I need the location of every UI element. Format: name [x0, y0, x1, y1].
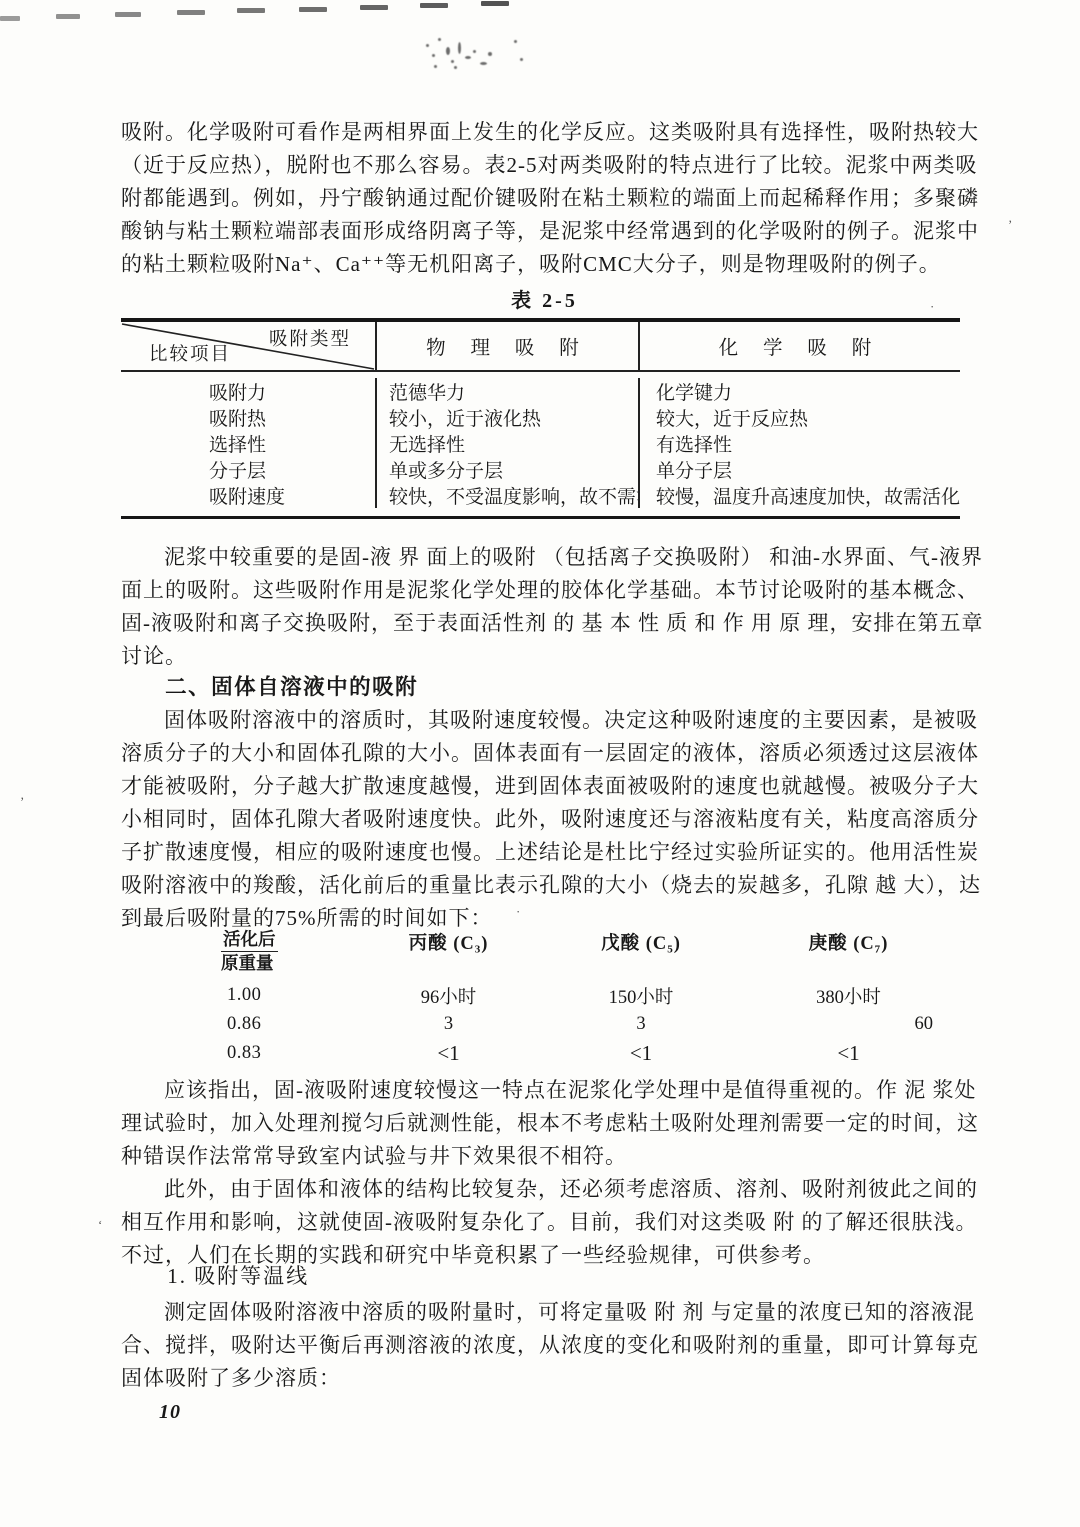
table-row: 选择性 无选择性 有选择性 — [121, 430, 960, 456]
text-line: 固-液吸附和离子交换吸附，至于表面活性剂 的 基 本 性 质 和 作 用 原 理… — [121, 607, 968, 640]
text-line: 才能被吸附，分子越大扩散速度越慢，进到固体表面被吸附的速度也就越慢。被吸分子大 — [121, 770, 968, 803]
scanned-book-page: ’ · ’ ‘ · 吸附。化学吸附可看作是两相界面上发生的化学反应。这类吸附具有… — [0, 0, 1080, 1527]
paragraph-5: 此外，由于固体和液体的结构比较复杂，还必须考虑溶质、溶剂、吸附剂彼此之间的 相互… — [121, 1173, 968, 1272]
text-line: 固体吸附了多少溶质： — [121, 1362, 968, 1395]
cell-chemical: 化学键力 — [638, 378, 960, 404]
time-value: 150小时 — [546, 983, 736, 1009]
text-line: 子扩散速度慢，相应的吸附速度也慢。上述结论是杜比宁经过实验所证实的。他用活性炭 — [121, 836, 968, 869]
text-line: 讨论。 — [121, 640, 968, 673]
paragraph-2: 泥浆中较重要的是固-液 界 面上的吸附 （包括离子交换吸附） 和油-水界面、气-… — [121, 541, 968, 673]
cell-chemical: 较大，近于反应热 — [638, 404, 960, 430]
adsorption-time-table: 活化后 原重量 丙酸 (C₃) 戊酸 (C₅) 庚酸 (C₇) 1.00 96小… — [221, 929, 961, 1068]
text-line: 相互作用和影响，这就使固-液吸附复杂化了。目前，我们对这类吸 附 的了解还很肤浅… — [121, 1206, 968, 1239]
text-line: 的粘土颗粒吸附Na⁺、Ca⁺⁺等无机阳离子，吸附CMC大分子，则是物理吸附的例子… — [121, 248, 968, 281]
time-value: 3 — [546, 1014, 736, 1035]
scan-dash — [0, 16, 20, 21]
column-header-physical: 物 理 吸 附 — [375, 322, 638, 370]
text-line: 测定固体吸附溶液中溶质的吸附量时，可将定量吸 附 剂 与定量的浓度已知的溶液混 — [121, 1296, 968, 1329]
table-header-row: 吸附类型 比较项目 物 理 吸 附 化 学 吸 附 — [121, 322, 960, 372]
time-value: <1 — [546, 1041, 736, 1066]
page-number: 10 — [121, 1401, 968, 1424]
acid-column-valeric: 戊酸 (C₅) — [546, 929, 736, 955]
paragraph-6: 测定固体吸附溶液中溶质的吸附量时，可将定量吸 附 剂 与定量的浓度已知的溶液混 … — [121, 1296, 968, 1395]
table-body: 吸附力 范德华力 化学键力 吸附热 较小，近于液化热 较大，近于反应热 选择性 … — [121, 372, 960, 516]
ratio-value: 0.86 — [221, 1014, 351, 1035]
table-row: 吸附速度 较快，不受温度影响，故不需活化能 较慢，温度升高速度加快，故需活化能 — [121, 482, 960, 508]
acid-column-propionic: 丙酸 (C₃) — [351, 929, 546, 955]
table-row: 分子层 单或多分子层 单分子层 — [121, 456, 960, 482]
adsorption-comparison-table: 吸附类型 比较项目 物 理 吸 附 化 学 吸 附 吸附力 范德华力 化学键力 … — [121, 318, 960, 519]
text-line: （近于反应热），脱附也不那么容易。表2-5对两类吸附的特点进行了比较。泥浆中两类… — [121, 149, 968, 182]
text-line: 面上的吸附。这些吸附作用是泥浆化学处理的胶体化学基础。本节讨论吸附的基本概念、 — [121, 574, 968, 607]
cell-chemical: 单分子层 — [638, 456, 960, 482]
acid-column-heptanoic: 庚酸 (C₇) — [736, 929, 961, 955]
text-line: 合、搅拌，吸附达平衡后再测溶液的浓度，从浓度的变化和吸附剂的重量，即可计算每克 — [121, 1329, 968, 1362]
table-row: 吸附力 范德华力 化学键力 — [121, 378, 960, 404]
text-line: 此外，由于固体和液体的结构比较复杂，还必须考虑溶质、溶剂、吸附剂彼此之间的 — [121, 1173, 968, 1206]
text-line: 应该指出，固-液吸附速度较慢这一特点在泥浆化学处理中是值得重视的。作 泥 浆处 — [121, 1074, 968, 1107]
cell-physical: 较小，近于液化热 — [375, 404, 638, 430]
corner-label-item: 比较项目 — [149, 340, 231, 366]
paragraph-1: 吸附。化学吸附可看作是两相界面上发生的化学反应。这类吸附具有选择性，吸附热较大 … — [121, 116, 968, 281]
fraction-numerator: 活化后 — [221, 929, 278, 952]
cell-physical: 无选择性 — [375, 430, 638, 456]
scan-speck: ‘ — [98, 1218, 102, 1231]
text-line: 泥浆中较重要的是固-液 界 面上的吸附 （包括离子交换吸附） 和油-水界面、气-… — [121, 541, 968, 574]
text-line: 附都能遇到。例如，丹宁酸钠通过配价键吸附在粘土颗粒的端面上而起稀释作用；多聚磷 — [121, 182, 968, 215]
text-line: 溶质分子的大小和固体孔隙的大小。固体表面有一层固定的液体，溶质必须透过这层液体 — [121, 737, 968, 770]
time-value: 96小时 — [351, 983, 546, 1009]
corner-label-type: 吸附类型 — [269, 325, 351, 351]
time-value: 60 — [736, 1014, 961, 1035]
row-item: 吸附速度 — [121, 482, 375, 508]
row-item: 吸附热 — [121, 404, 375, 430]
acid-table-row: 1.00 96小时 150小时 380小时 — [221, 981, 961, 1010]
cell-chemical: 有选择性 — [638, 430, 960, 456]
cell-physical: 范德华力 — [375, 378, 638, 404]
text-line: 小相同时，固体孔隙大者吸附速度快。此外，吸附速度还与溶液粘度有关，粘度高溶质分 — [121, 803, 968, 836]
time-value: 3 — [351, 1014, 546, 1035]
table-corner-cell: 吸附类型 比较项目 — [121, 322, 375, 370]
section-heading: 二、固体自溶液中的吸附 — [121, 671, 968, 704]
scan-speck: ’ — [1008, 218, 1012, 231]
ratio-value: 1.00 — [221, 985, 351, 1006]
text-line: 理试验时，加入处理剂搅匀后就测性能，根本不考虑粘土吸附处理剂需要一定的时间，这 — [121, 1107, 968, 1140]
row-item: 分子层 — [121, 456, 375, 482]
scan-speck: ’ — [20, 795, 24, 808]
paragraph-4: 应该指出，固-液吸附速度较慢这一特点在泥浆化学处理中是值得重视的。作 泥 浆处 … — [121, 1074, 968, 1173]
acid-table-row: 0.86 3 3 60 — [221, 1010, 961, 1039]
text-line: 吸附。化学吸附可看作是两相界面上发生的化学反应。这类吸附具有选择性，吸附热较大 — [121, 116, 968, 149]
ratio-fraction: 活化后 原重量 — [221, 929, 351, 975]
cell-chemical: 较慢，温度升高速度加快，故需活化能 — [638, 482, 960, 508]
column-header-chemical: 化 学 吸 附 — [638, 322, 960, 370]
fraction-denominator: 原重量 — [221, 952, 278, 974]
text-line: 吸附溶液中的羧酸，活化前后的重量比表示孔隙的大小（烧去的炭越多，孔隙 越 大），… — [121, 869, 968, 902]
text-line: 酸钠与粘土颗粒端部表面形成络阴离子等，是泥浆中经常遇到的化学吸附的例子。泥浆中 — [121, 215, 968, 248]
cell-physical: 单或多分子层 — [375, 456, 638, 482]
row-item: 选择性 — [121, 430, 375, 456]
acid-table-header: 活化后 原重量 丙酸 (C₃) 戊酸 (C₅) 庚酸 (C₇) — [221, 929, 961, 981]
scan-dash — [56, 14, 80, 19]
time-value: <1 — [351, 1041, 546, 1066]
text-line: 种错误作法常常导致室内试验与井下效果很不相符。 — [121, 1140, 968, 1173]
time-value: <1 — [736, 1041, 961, 1066]
paragraph-3: 固体吸附溶液中的溶质时，其吸附速度较慢。决定这种吸附速度的主要因素，是被吸 溶质… — [121, 704, 968, 935]
cell-physical: 较快，不受温度影响，故不需活化能 — [375, 482, 638, 508]
table-caption: 表 2-5 — [121, 284, 968, 306]
table-row: 吸附热 较小，近于液化热 较大，近于反应热 — [121, 404, 960, 430]
acid-table-row: 0.83 <1 <1 <1 — [221, 1039, 961, 1068]
time-value: 380小时 — [736, 983, 961, 1009]
ratio-value: 0.83 — [221, 1043, 351, 1064]
page-content: 吸附。化学吸附可看作是两相界面上发生的化学反应。这类吸附具有选择性，吸附热较大 … — [121, 0, 968, 1424]
row-item: 吸附力 — [121, 378, 375, 404]
text-line: 固体吸附溶液中的溶质时，其吸附速度较慢。决定这种吸附速度的主要因素，是被吸 — [121, 704, 968, 737]
